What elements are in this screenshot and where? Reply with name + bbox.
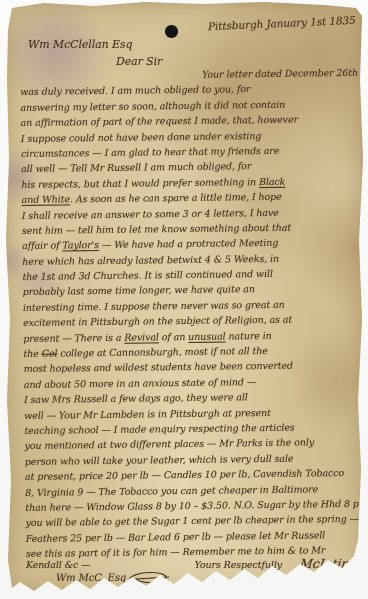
letter-text: I shall receive an answer to some 3 or 4…	[22, 207, 279, 221]
salutation-line: Dear Sir	[116, 55, 162, 68]
letter-text: Feathers 25 per lb — Bar Lead 6 per lb —…	[26, 530, 326, 545]
letter-text: college at Cannonsburgh, most if not all…	[57, 346, 267, 360]
letter-text: Taylor's	[62, 240, 99, 251]
letter-text: his respects, but that I would prefer so…	[21, 177, 259, 191]
letter-text: the	[23, 349, 41, 360]
letter-body: Your letter dated December 26thwas duly …	[20, 66, 368, 563]
letter-text: of an	[159, 332, 189, 343]
letter-text: most hopeless and wildest students have …	[24, 361, 293, 375]
letter-text: Your letter dated December 26th	[202, 68, 358, 81]
letter-text: and about 50 more in an anxious state of…	[24, 377, 256, 391]
letter-text: circumstances — I am glad to hear that m…	[21, 146, 279, 160]
letter-paper: Pittsburgh January 1st 1835 Wm McClellan…	[4, 0, 364, 594]
signature: McIntire	[297, 556, 362, 573]
postscript-addressee: Wm McC. Esq	[56, 573, 126, 584]
pen-flourish	[128, 571, 170, 585]
place-date-line: Pittsburgh January 1st 1835	[208, 15, 356, 33]
letter-text: all well — Tell Mr Russell I am much obl…	[21, 162, 251, 176]
letter-text: was duly received. I am much obliged to …	[20, 85, 250, 99]
postscript-kendall: Kendall &c —	[26, 560, 91, 571]
letter-text: excitement in Pittsburgh on the subject …	[23, 315, 292, 329]
letter-text: present — There is a	[23, 332, 124, 344]
closing-phrase: Yours Respectfully	[195, 560, 283, 571]
letter-text: — We have had a protracted Meeting	[99, 238, 278, 251]
letter-text: interesting time. I suppose there never …	[23, 300, 285, 314]
letter-text: sent him — tell him to let me know somet…	[22, 223, 291, 237]
letter-text: an affirmation of part of the request I …	[21, 115, 298, 129]
letter-text: . As soon as he can spare a little time,…	[70, 192, 282, 206]
letter-text: Col	[42, 349, 58, 360]
postscript-row: Wm McC. Esq	[56, 571, 170, 585]
letter-text: I saw Mrs Russell a few days ago, they w…	[24, 392, 248, 406]
letter-text: well — Your Mr Lambden is in Pittsburgh …	[24, 408, 271, 422]
letter-text: person who will take your leather, which…	[25, 453, 294, 467]
letter-text: teaching school — I made enquiry respect…	[24, 423, 294, 437]
punch-hole	[165, 25, 178, 38]
addressee-line: Wm McClellan Esq	[28, 38, 132, 51]
letter-text: Black	[259, 177, 285, 188]
letter-text: answering my letter so soon, although it…	[20, 100, 285, 114]
letter-text: you will be able to get the Sugar 1 cent…	[25, 514, 359, 529]
pen-arrow-stroke	[332, 564, 358, 574]
letter-text: Revival	[124, 332, 159, 343]
letter-text: at present, price 20 per lb — Candles 10…	[25, 468, 344, 483]
letter-text: the 1st and 3d Churches. It is still con…	[22, 269, 272, 283]
letter-text: than here — Window Glass 8 by 10 – $3.50…	[25, 499, 359, 514]
letter-text: I suppose could not have been done under…	[21, 131, 262, 145]
letter-text: here which has already lasted betwixt 4 …	[22, 254, 279, 268]
letter-text: nature in	[226, 331, 272, 343]
letter-text: you mentioned at two different places — …	[25, 438, 315, 453]
letter-text: probably last some time longer, we have …	[23, 285, 255, 299]
letter-text: and White	[22, 195, 70, 207]
letter-text: 8, Virginia 9 — The Tobacco you can get …	[25, 484, 318, 499]
letter-text: affair of	[22, 241, 62, 252]
letter-text: unusual	[188, 331, 225, 342]
